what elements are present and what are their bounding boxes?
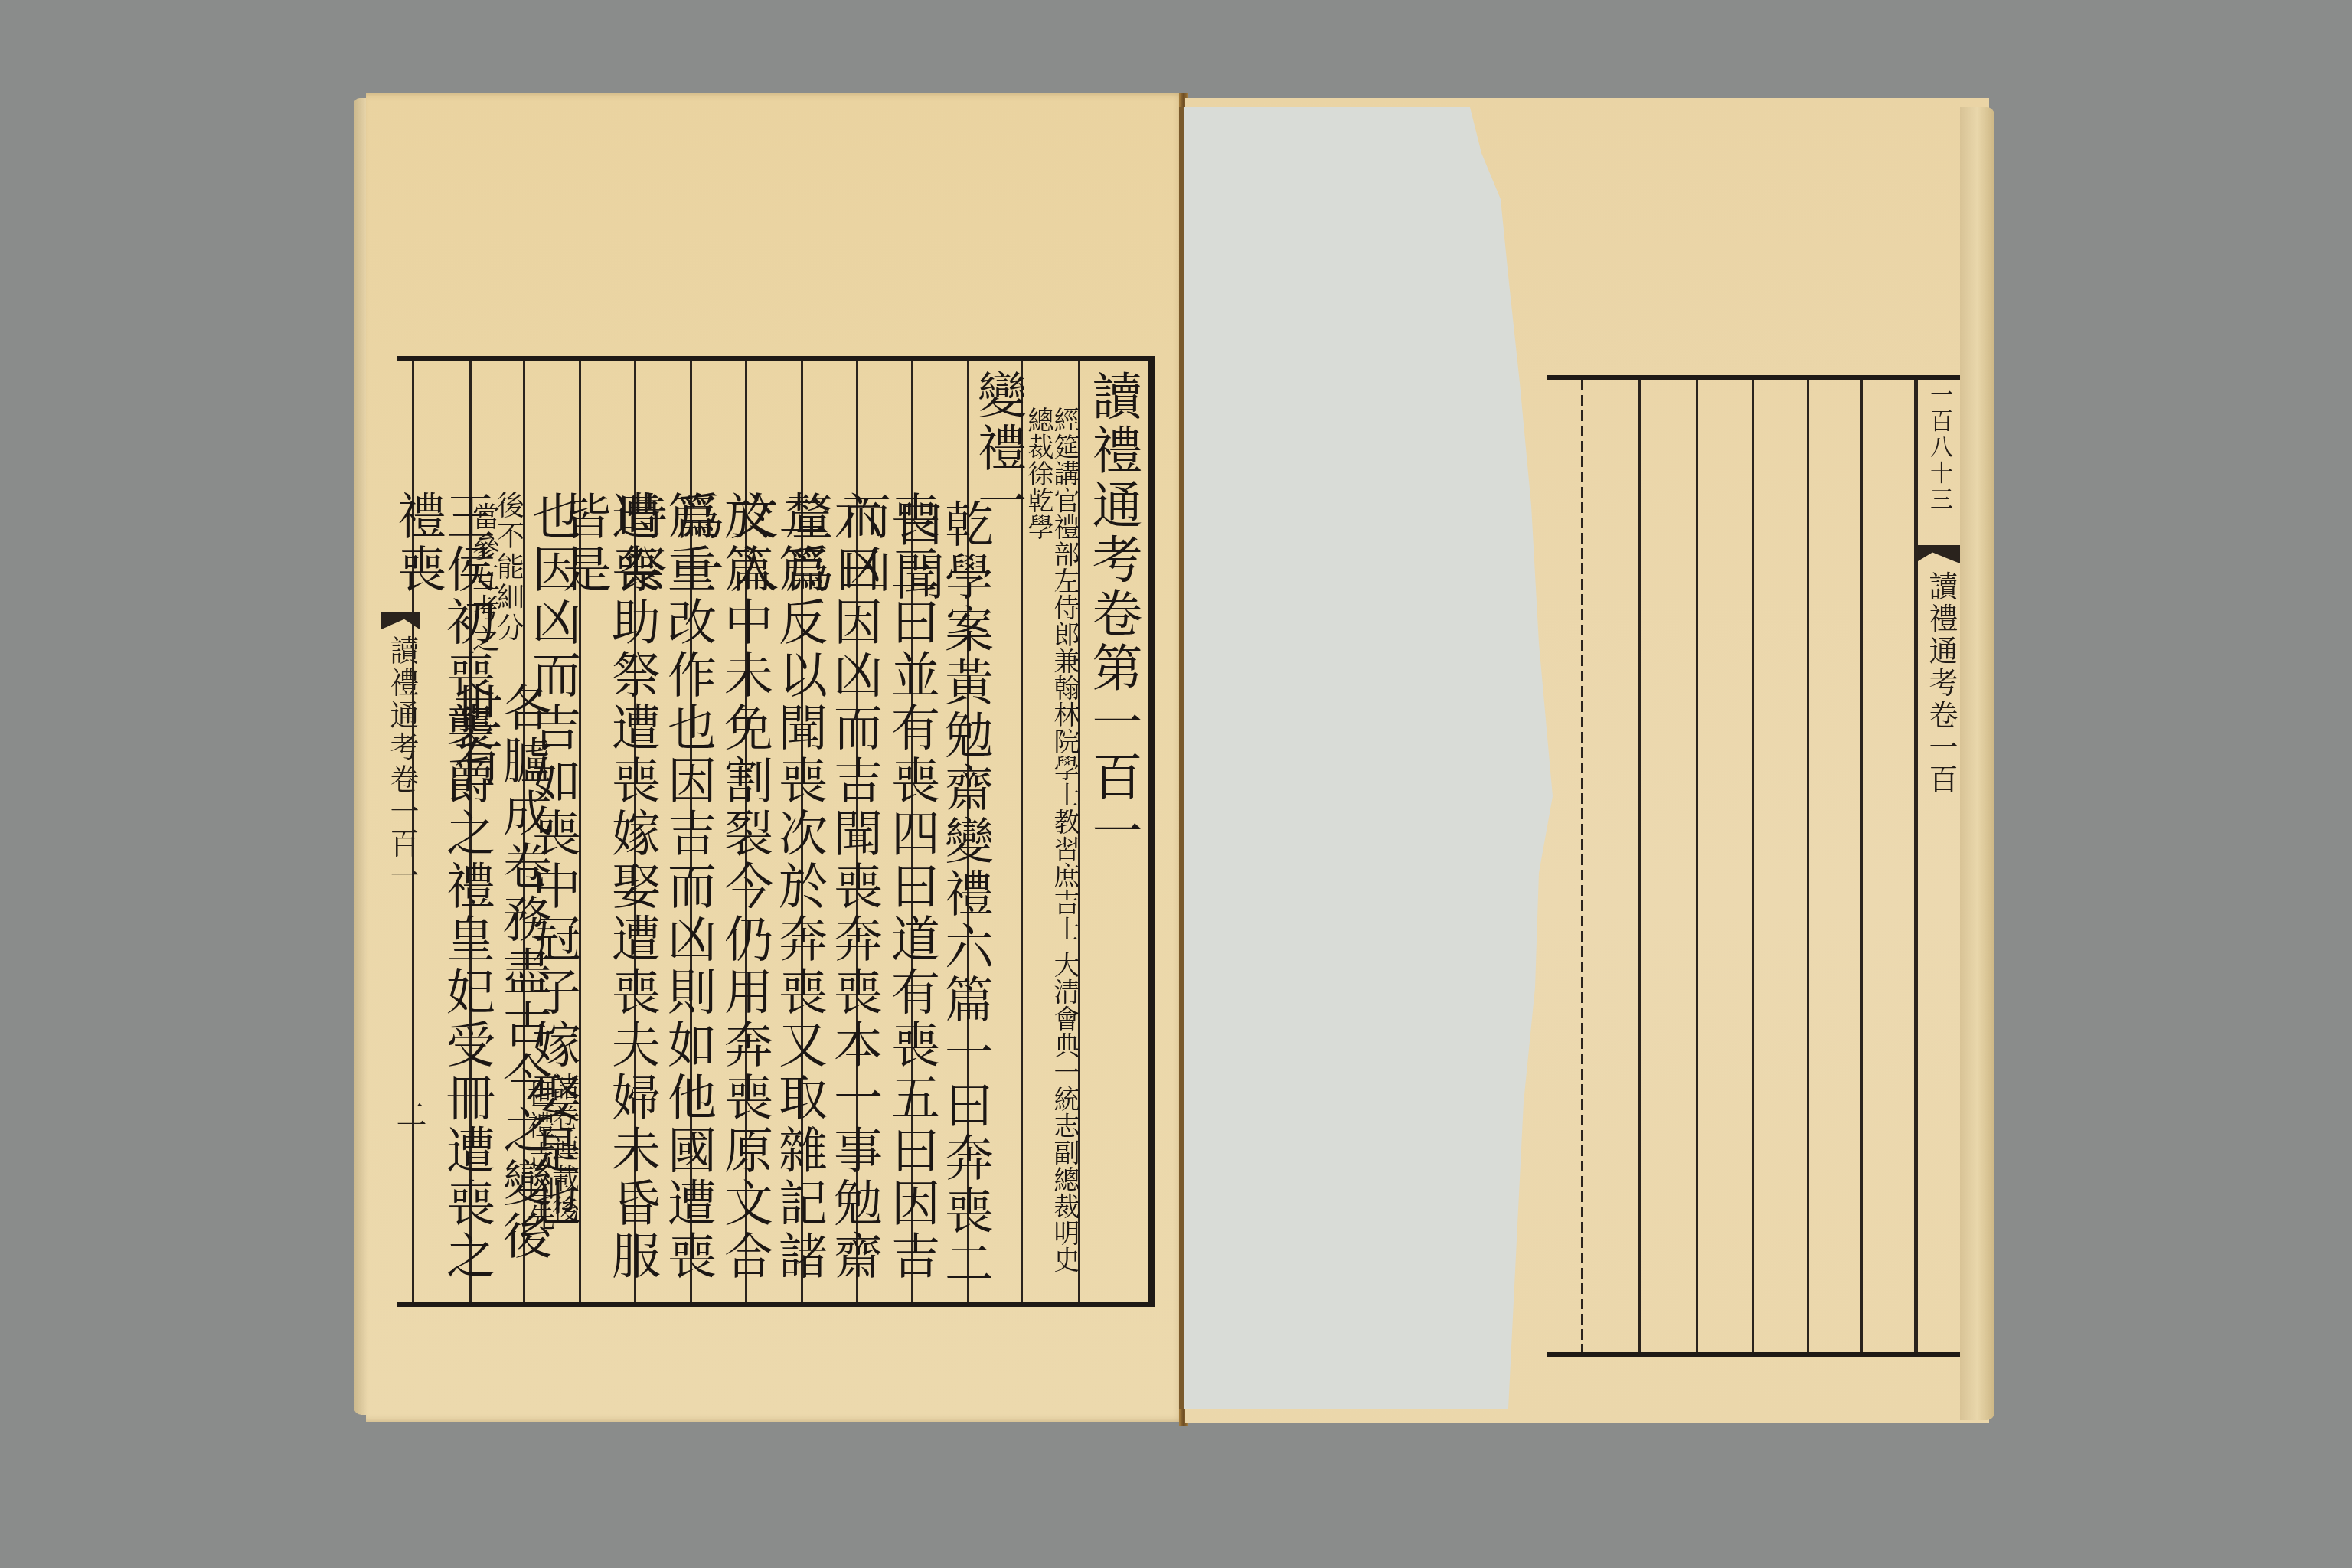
text-column-7: 遭喪助祭遭喪嫁娶遭喪夫婦未昏服皆是	[580, 491, 634, 1295]
author-line: 經筵講官禮部左侍郎兼翰林院學士教習庶吉士 大清會典一統志副總裁明史總裁徐乾學	[1024, 407, 1078, 1295]
left-text-frame: 讀禮通考卷第一百一 經筵講官禮部左侍郎兼翰林院學士教習庶吉士 大清會典一統志副總…	[397, 356, 1155, 1307]
right-fold-margin: 讀禮通考卷一百	[1914, 545, 1962, 796]
right-fold-margin-top: 一百八十三	[1922, 383, 1955, 513]
volume-title: 讀禮通考卷第一百一	[1082, 370, 1143, 1295]
fish-tail-mark-icon	[1914, 545, 1960, 563]
right-text-frame	[1547, 375, 1964, 1357]
right-fold-margin-title: 讀禮通考卷一百	[1920, 571, 1962, 796]
right-page-stack-edge	[1960, 107, 1994, 1420]
insert-sheet-edge	[1179, 107, 1184, 1409]
text-column-10: 王侯初喪襲爵之禮皇妃受冊遭喪之禮喪	[415, 491, 469, 1295]
